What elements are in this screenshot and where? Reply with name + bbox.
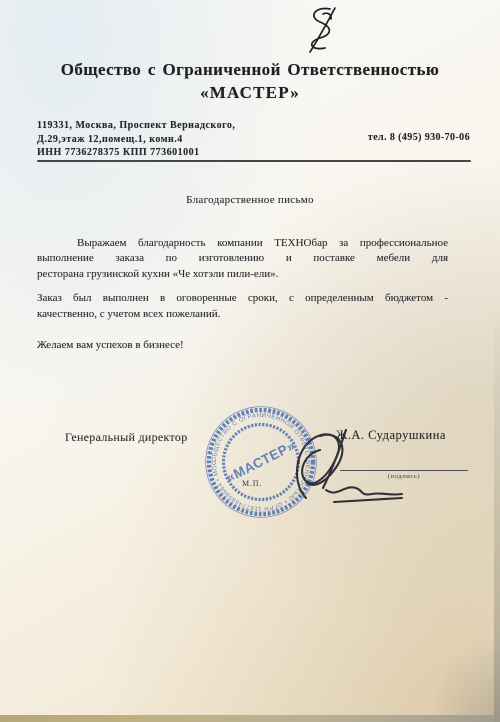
letter-subject: Благодарственное письмо: [0, 194, 500, 206]
body-line: Желаем вам успехов в бизнесе!: [37, 338, 448, 353]
body-line: качественно, с учетом всех пожеланий.: [37, 307, 448, 322]
address-line-3: ИНН 7736278375 КПП 773601001: [37, 146, 235, 160]
paper-corner-shadow: [430, 632, 500, 722]
document-photo: Общество с Ограниченной Ответственностью…: [0, 0, 500, 722]
letter-body: Выражаем благодарность компании ТЕХНОбар…: [37, 236, 448, 353]
company-address: 119331, Москва, Проспект Вернадского, Д.…: [37, 119, 235, 160]
handwritten-signature: [290, 426, 408, 510]
company-title-line2: «МАСТЕР»: [0, 83, 500, 103]
stamp-center-text: «МАСТЕР»: [224, 438, 298, 486]
body-line: выполнение заказа по изготовлению и пост…: [37, 251, 448, 266]
body-line: ресторана грузинской кухни «Че хотэли пи…: [37, 267, 448, 282]
ink-scribble-icon: [299, 5, 343, 55]
paper-edge-bottom: [0, 715, 500, 722]
body-line: Выражаем благодарность компании ТЕХНОбар…: [37, 236, 448, 251]
body-line: Заказ был выполнен в оговоренные сроки, …: [37, 291, 448, 306]
address-line-1: 119331, Москва, Проспект Вернадского,: [37, 119, 235, 133]
header-divider: [37, 160, 471, 162]
address-line-2: Д.29,этаж 12,помещ.1, комн.4: [37, 133, 235, 147]
company-phone: тел. 8 (495) 930-70-06: [368, 132, 470, 143]
company-title-line1: Общество с Ограниченной Ответственностью: [0, 60, 500, 80]
signer-role: Генеральный директор: [65, 430, 188, 445]
